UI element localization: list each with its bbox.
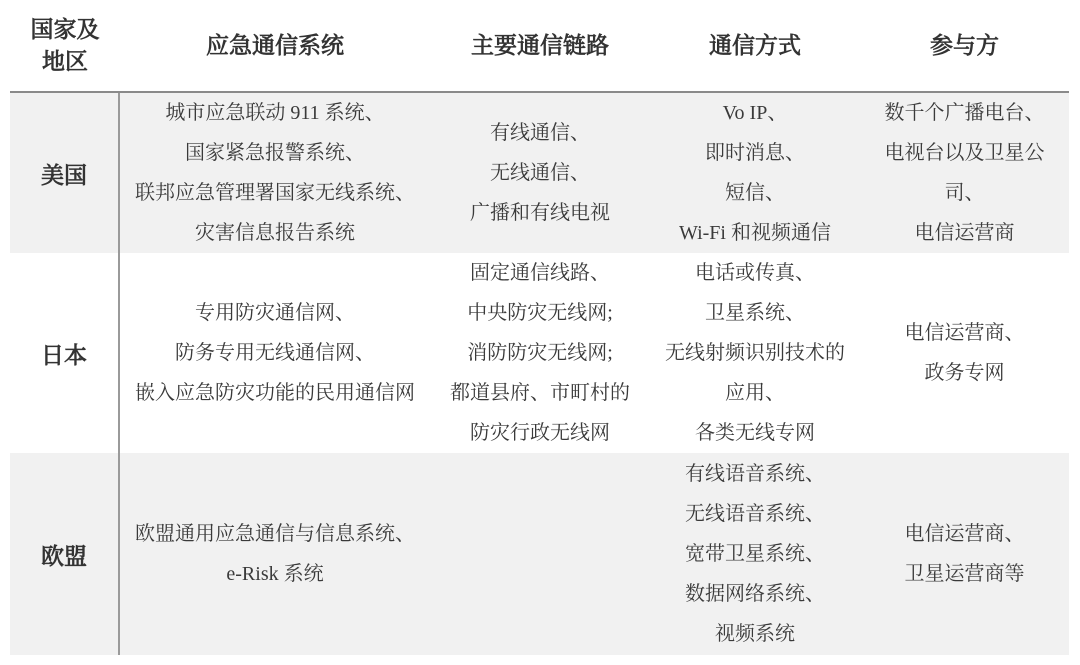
- cell-main-links: 固定通信线路、中央防灾无线网;消防防灾无线网;都道县府、市町村的防灾行政无线网: [430, 253, 650, 453]
- text-line: 短信、: [725, 173, 785, 213]
- header-country-region: 国家及地区: [10, 0, 120, 91]
- cell-participants: 电信运营商、政务专网: [860, 253, 1069, 453]
- text-line: 联邦应急管理署国家无线系统、: [135, 173, 415, 213]
- text-line: 卫星系统、: [705, 293, 805, 333]
- text-line: 电话或传真、: [695, 253, 815, 293]
- text-line: e-Risk 系统: [226, 554, 323, 594]
- emergency-comms-table: 国家及地区 应急通信系统 主要通信链路 通信方式 参与方 美国 城市应急联动 9…: [10, 0, 1069, 655]
- text-line: 即时消息、: [705, 133, 805, 173]
- table-row-usa: 美国 城市应急联动 911 系统、国家紧急报警系统、联邦应急管理署国家无线系统、…: [10, 93, 1069, 253]
- text-line: 卫星运营商等: [905, 554, 1025, 594]
- cell-emergency-system: 城市应急联动 911 系统、国家紧急报警系统、联邦应急管理署国家无线系统、灾害信…: [120, 93, 430, 253]
- table-header-row: 国家及地区 应急通信系统 主要通信链路 通信方式 参与方: [10, 0, 1069, 93]
- table-row-japan: 日本 专用防灾通信网、防务专用无线通信网、嵌入应急防灾功能的民用通信网 固定通信…: [10, 253, 1069, 453]
- text-line: 地区: [42, 46, 88, 78]
- header-participants: 参与方: [860, 0, 1069, 91]
- cell-main-links: [430, 453, 650, 655]
- text-line: 电信运营商: [915, 213, 1015, 253]
- text-line: 无线通信、: [490, 153, 590, 193]
- cell-comm-methods: Vo IP、即时消息、短信、Wi-Fi 和视频通信: [650, 93, 860, 253]
- text-line: 电信运营商、: [905, 313, 1025, 353]
- text-line: 数据网络系统、: [685, 574, 825, 614]
- cell-participants: 数千个广播电台、电视台以及卫星公司、电信运营商: [860, 93, 1069, 253]
- text-line: 有线语音系统、: [685, 454, 825, 494]
- text-line: 视频系统: [715, 614, 795, 654]
- text-line: 数千个广播电台、: [885, 93, 1045, 133]
- text-line: 城市应急联动 911 系统、: [165, 93, 384, 133]
- text-line: 无线射频识别技术的: [665, 333, 845, 373]
- text-line: 消防防灾无线网;: [467, 333, 613, 373]
- header-main-links: 主要通信链路: [430, 0, 650, 91]
- cell-emergency-system: 欧盟通用应急通信与信息系统、e-Risk 系统: [120, 453, 430, 655]
- text-line: 专用防灾通信网、: [195, 293, 355, 333]
- text-line: 中央防灾无线网;: [467, 293, 613, 333]
- header-comm-methods: 通信方式: [650, 0, 860, 91]
- text-line: 灾害信息报告系统: [195, 213, 355, 253]
- text-line: 国家及: [31, 14, 100, 46]
- text-line: 电视台以及卫星公: [885, 133, 1045, 173]
- text-line: 无线语音系统、: [685, 494, 825, 534]
- text-line: 各类无线专网: [695, 413, 815, 453]
- cell-region: 欧盟: [10, 453, 120, 655]
- text-line: 防灾行政无线网: [470, 413, 610, 453]
- text-line: 广播和有线电视: [470, 193, 610, 233]
- page: 国家及地区 应急通信系统 主要通信链路 通信方式 参与方 美国 城市应急联动 9…: [0, 0, 1080, 665]
- text-line: 参与方: [930, 30, 999, 62]
- cell-comm-methods: 有线语音系统、无线语音系统、宽带卫星系统、数据网络系统、视频系统: [650, 453, 860, 655]
- text-line: 应用、: [725, 373, 785, 413]
- text-line: 应急通信系统: [206, 30, 344, 62]
- cell-participants: 电信运营商、卫星运营商等: [860, 453, 1069, 655]
- header-emergency-system: 应急通信系统: [120, 0, 430, 91]
- text-line: 嵌入应急防灾功能的民用通信网: [135, 373, 415, 413]
- text-line: 通信方式: [709, 30, 801, 62]
- text-line: 电信运营商、: [905, 514, 1025, 554]
- table-row-eu: 欧盟 欧盟通用应急通信与信息系统、e-Risk 系统 有线语音系统、无线语音系统…: [10, 453, 1069, 655]
- text-line: Wi-Fi 和视频通信: [679, 213, 831, 253]
- cell-comm-methods: 电话或传真、卫星系统、无线射频识别技术的应用、各类无线专网: [650, 253, 860, 453]
- text-line: Vo IP、: [723, 93, 788, 133]
- text-line: 政务专网: [925, 353, 1005, 393]
- text-line: 欧盟通用应急通信与信息系统、: [135, 514, 415, 554]
- cell-emergency-system: 专用防灾通信网、防务专用无线通信网、嵌入应急防灾功能的民用通信网: [120, 253, 430, 453]
- text-line: 宽带卫星系统、: [685, 534, 825, 574]
- text-line: 防务专用无线通信网、: [175, 333, 375, 373]
- text-line: 司、: [945, 173, 985, 213]
- text-line: 主要通信链路: [471, 30, 609, 62]
- text-line: 国家紧急报警系统、: [185, 133, 365, 173]
- cell-region: 美国: [10, 93, 120, 253]
- cell-main-links: 有线通信、无线通信、广播和有线电视: [430, 93, 650, 253]
- text-line: 都道县府、市町村的: [450, 373, 630, 413]
- text-line: 有线通信、: [490, 113, 590, 153]
- text-line: 固定通信线路、: [470, 253, 610, 293]
- cell-region: 日本: [10, 253, 120, 453]
